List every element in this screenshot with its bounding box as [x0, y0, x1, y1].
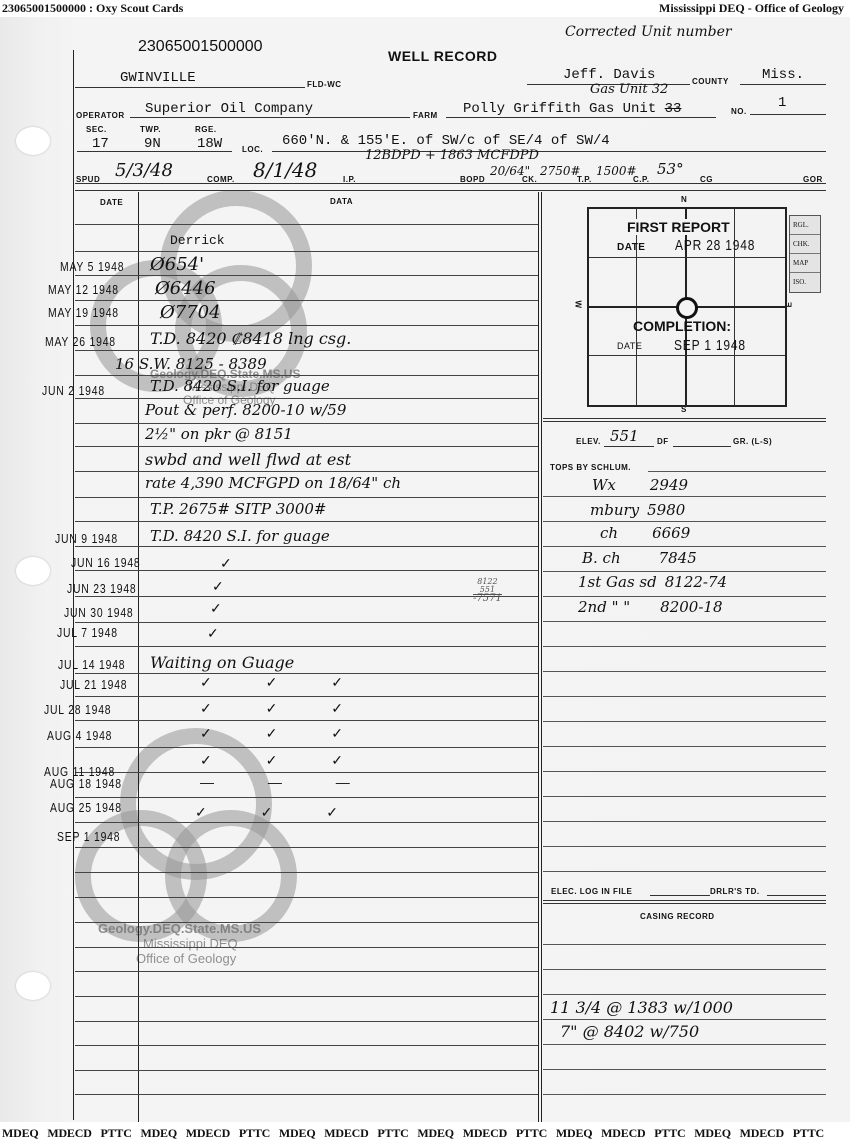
- log-entry: T.D. 8420 ₡8418 lng csg.: [150, 329, 351, 349]
- date-column-header: DATE: [100, 198, 123, 207]
- card-title: WELL RECORD: [388, 48, 497, 64]
- check-mark-icon: ✓: [220, 555, 232, 572]
- log-entry: 2½" on pkr @ 8151: [145, 425, 293, 443]
- ip-value: 12BDPD + 1863 MCFDPD: [365, 148, 539, 163]
- log-date: MAY 26 1948: [45, 334, 116, 349]
- tp-value: 1500#: [596, 164, 637, 178]
- corrected-unit: Gas Unit 32: [590, 82, 668, 97]
- data-column-header: DATA: [330, 197, 353, 206]
- log-date: JUN 9 1948: [55, 531, 118, 546]
- elec-log-label: ELEC. LOG IN FILE: [551, 887, 632, 896]
- log-entry: Ø6446: [155, 278, 216, 299]
- api-number: 23065001500000: [138, 38, 263, 56]
- tops-label: TOPS BY SCHLUM.: [550, 463, 631, 472]
- top-entry: B. ch7845: [582, 549, 697, 567]
- well-no-value: 1: [778, 95, 786, 111]
- elev-value: 551: [610, 427, 639, 445]
- df-label: DF: [657, 437, 669, 446]
- check-mark-icon: ✓ ✓ ✓: [195, 804, 338, 821]
- first-report-label: FIRST REPORT: [627, 219, 730, 235]
- struck-unit: 33: [665, 101, 682, 117]
- punch-hole: [16, 557, 50, 585]
- log-date: JUN 23 1948: [67, 581, 137, 596]
- well-no-label: NO.: [731, 107, 747, 116]
- elev-label: ELEV.: [576, 437, 601, 446]
- log-date: MAY 12 1948: [48, 282, 119, 297]
- loc-value: 660'N. & 155'E. of SW/c of SE/4 of SW/4: [282, 133, 610, 149]
- log-entry: swbd and well flwd at est: [145, 450, 351, 469]
- log-date: JUN 16 1948: [71, 555, 141, 570]
- log-entry: T.D. 8420 S.I. for guage: [150, 377, 330, 395]
- review-stamp: RGL. CHK. MAP ISO.: [789, 215, 821, 293]
- completion-date: SEP 1 1948: [674, 337, 746, 354]
- log-date: AUG 18 1948: [50, 776, 122, 791]
- county-value: Jeff. Davis: [563, 67, 655, 83]
- casing-entry: 7" @ 8402 w/750: [560, 1022, 699, 1041]
- watermark-text: Mississippi DEQ: [143, 936, 238, 951]
- top-entry: Wx2949: [592, 476, 688, 494]
- location-map: FIRST REPORT DATE APR 28 1948 COMPLETION…: [587, 207, 787, 407]
- field-label: FLD-WC: [307, 80, 342, 89]
- comp-value: 8/1/48: [253, 158, 317, 182]
- log-date: JUN 2 1948: [42, 383, 105, 398]
- first-report-date: APR 28 1948: [675, 237, 755, 254]
- top-entry: ch6669: [600, 524, 690, 542]
- rge-value: 18W: [197, 136, 222, 152]
- check-mark-icon: ✓ ✓ ✓: [200, 752, 343, 769]
- check-mark-icon: ✓ ✓ ✓: [200, 725, 343, 742]
- operator-label: OPERATOR: [76, 111, 125, 120]
- state-value: Miss.: [762, 67, 804, 83]
- log-date: JUN 30 1948: [64, 605, 134, 620]
- margin-calculation: 8122 551 -7571: [473, 578, 502, 603]
- sec-label: SEC.: [86, 125, 107, 134]
- log-entry: Ø654': [150, 254, 204, 275]
- log-date: MAY 5 1948: [60, 259, 124, 274]
- top-entry: 2nd " "8200-18: [578, 598, 723, 616]
- watermark-text: Geology.DEQ.State.MS.US: [98, 921, 261, 936]
- farm-value: Polly Griffith Gas Unit 33: [463, 101, 681, 117]
- log-date: JUL 21 1948: [60, 677, 127, 692]
- log-entry: Waiting on Guage: [150, 653, 294, 672]
- completion-label: COMPLETION:: [633, 318, 731, 334]
- sec-value: 17: [92, 136, 109, 152]
- rge-label: RGE.: [195, 125, 217, 134]
- well-location-marker-icon: [676, 297, 698, 319]
- loc-label: LOC.: [242, 145, 263, 154]
- top-entry: 1st Gas sd8122-74: [578, 573, 727, 591]
- watermark-text: Office of Geology: [136, 951, 236, 966]
- twp-value: 9N: [144, 136, 161, 152]
- header-record-id: 23065001500000 : Oxy Scout Cards: [2, 1, 183, 16]
- gr-label: GR. (L-S): [733, 437, 772, 446]
- header-agency: Mississippi DEQ - Office of Geology: [659, 1, 844, 16]
- log-entry: Pout & perf. 8200-10 w/59: [145, 401, 346, 419]
- log-date: AUG 25 1948: [50, 800, 122, 815]
- log-date: AUG 4 1948: [47, 728, 112, 743]
- ck-value: 2750#: [540, 164, 581, 178]
- field-value: GWINVILLE: [120, 70, 196, 86]
- correction-note: Corrected Unit number: [565, 24, 732, 40]
- punch-hole: [16, 127, 50, 155]
- operator-value: Superior Oil Company: [145, 101, 313, 117]
- page-footer: MDEQ MDECD PTTC MDEQ MDECD PTTC MDEQ MDE…: [0, 1126, 850, 1147]
- log-entry: 16 S.W. 8125 - 8389: [115, 355, 267, 373]
- check-mark-icon: ✓: [212, 578, 224, 595]
- log-entry: T.D. 8420 S.I. for guage: [150, 527, 330, 545]
- casing-entry: 11 3/4 @ 1383 w/1000: [550, 998, 733, 1017]
- north-label: N: [681, 195, 687, 204]
- log-entry: T.P. 2675# SITP 3000#: [150, 500, 326, 518]
- dash-mark-icon: — — —: [200, 774, 350, 790]
- check-mark-icon: ✓ ✓ ✓: [200, 674, 343, 691]
- log-date: JUL 28 1948: [44, 702, 111, 717]
- date-column-divider: [138, 192, 139, 1122]
- top-entry: mbury5980: [590, 501, 685, 519]
- check-mark-icon: ✓: [210, 600, 222, 617]
- log-date: JUL 7 1948: [57, 625, 118, 640]
- punch-hole: [16, 972, 50, 1000]
- county-label: COUNTY: [692, 77, 729, 86]
- casing-record-label: CASING RECORD: [640, 912, 715, 921]
- page-header: 23065001500000 : Oxy Scout Cards Mississ…: [0, 0, 850, 17]
- drlr-td-label: DRLR'S TD.: [710, 887, 760, 896]
- check-mark-icon: ✓ ✓ ✓: [200, 700, 343, 717]
- cp-value: 53°: [657, 160, 684, 178]
- log-entry: Derrick: [170, 233, 225, 248]
- west-label: W: [574, 300, 583, 308]
- log-date: JUL 14 1948: [58, 657, 125, 672]
- log-entry: Ø7704: [160, 302, 221, 323]
- spud-value: 5/3/48: [115, 160, 173, 181]
- log-date: SEP 1 1948: [57, 829, 120, 844]
- twp-label: TWP.: [140, 125, 161, 134]
- log-entry: rate 4,390 MCFGPD on 18/64" ch: [145, 474, 401, 492]
- check-mark-icon: ✓: [207, 625, 219, 642]
- log-date: MAY 19 1948: [48, 305, 119, 320]
